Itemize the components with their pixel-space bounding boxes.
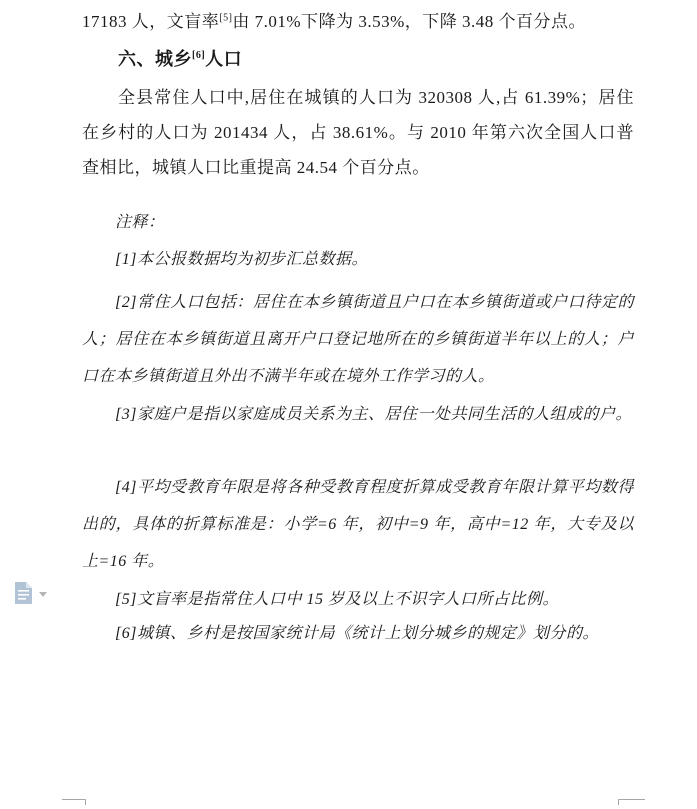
- body-paragraph: 全县常住人口中,居住在城镇的人口为 320308 人,占 61.39%；居住在乡…: [82, 80, 634, 185]
- note-item-4: [4]平均受教育年限是将各种受教育程度折算成受教育年限计算平均数得出的，具体的折…: [82, 469, 634, 580]
- note-item-3: [3]家庭户是指以家庭成员关系为主、居住一处共同生活的人组成的户。: [82, 396, 634, 433]
- intro-line-rest: 由 7.01%下降为 3.53%，下降 3.48 个百分点。: [232, 12, 586, 31]
- note-item-6: [6]城镇、乡村是按国家统计局《统计上划分城乡的规定》划分的。: [82, 615, 634, 652]
- notes-title: 注释：: [115, 209, 165, 232]
- section-heading: 六、城乡[6]人口: [118, 45, 242, 71]
- note-item-2: [2]常住人口包括：居住在本乡镇街道且户口在本乡镇街道或户口待定的人；居住在本乡…: [82, 284, 634, 395]
- section-heading-text: 六、城乡: [118, 49, 192, 69]
- text-boundary-mark-left: [62, 799, 86, 805]
- document-icon: [13, 581, 34, 610]
- section-heading-rest: 人口: [205, 49, 242, 69]
- intro-line: 17183 人，文盲率[5]由 7.01%下降为 3.53%，下降 3.48 个…: [82, 4, 634, 39]
- document-page: 17183 人，文盲率[5]由 7.01%下降为 3.53%，下降 3.48 个…: [0, 0, 697, 809]
- text-boundary-mark-right: [618, 799, 645, 805]
- note-item-1: [1]本公报数据均为初步汇总数据。: [82, 241, 634, 278]
- intro-line-text: 17183 人，文盲率: [82, 12, 219, 31]
- chevron-down-icon: [39, 592, 47, 597]
- note-ref-6: [6]: [192, 50, 205, 61]
- margin-annotation-button[interactable]: [13, 581, 51, 609]
- note-item-5: [5]文盲率是指常住人口中 15 岁及以上不识字人口所占比例。: [82, 581, 634, 618]
- note-ref-5: [5]: [219, 12, 232, 23]
